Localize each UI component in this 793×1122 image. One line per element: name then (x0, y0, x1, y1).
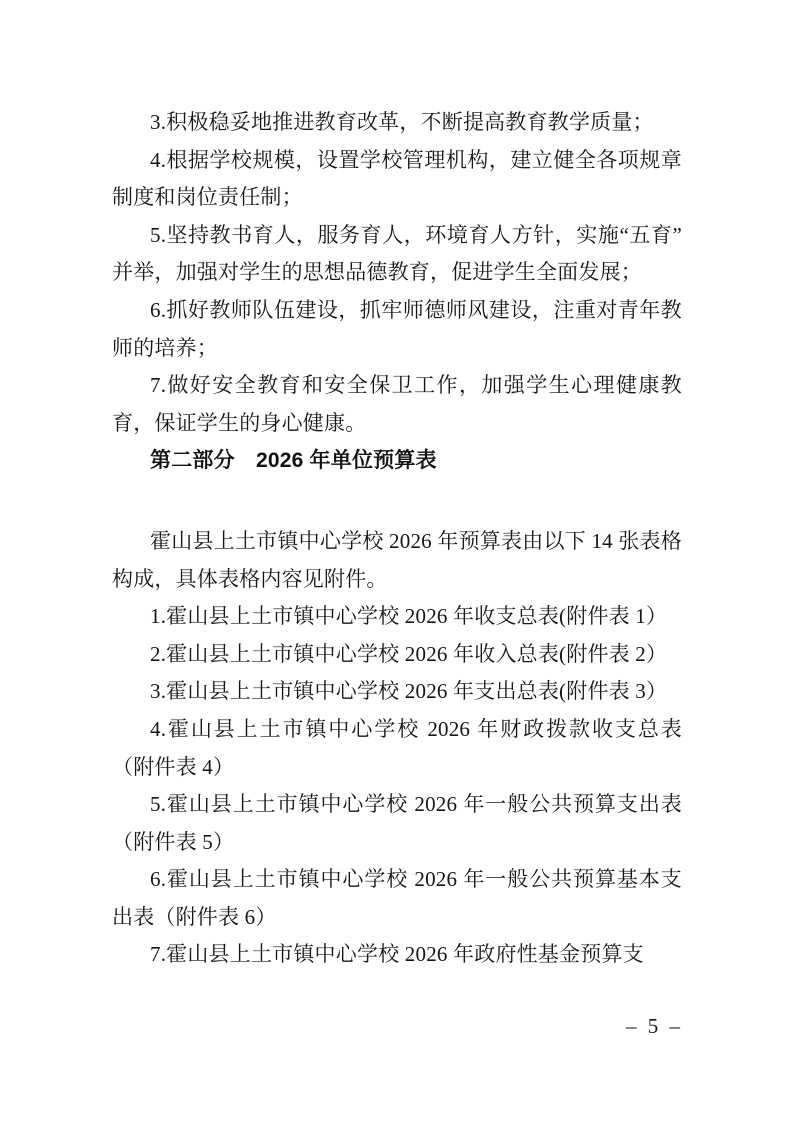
document-body: 3.积极稳妥地推进教育改革，不断提高教育教学质量； 4.根据学校规模，设置学校管… (112, 104, 682, 974)
table-list-item-2: 2.霍山县上土市镇中心学校 2026 年收入总表(附件表 2） (112, 636, 682, 674)
table-list-item-4: 4.霍山县上土市镇中心学校 2026 年财政拨款收支总表（附件表 4） (112, 711, 682, 786)
table-list-item-5: 5.霍山县上土市镇中心学校 2026 年一般公共预算支出表（附件表 5） (112, 786, 682, 861)
objective-paragraph-4: 4.根据学校规模，设置学校管理机构，建立健全各项规章制度和岗位责任制； (112, 142, 682, 217)
objective-paragraph-7: 7.做好安全教育和安全保卫工作，加强学生心理健康教育，保证学生的身心健康。 (112, 367, 682, 442)
intro-paragraph: 霍山县上土市镇中心学校 2026 年预算表由以下 14 张表格构成，具体表格内容… (112, 523, 682, 598)
section-heading: 第二部分 2026 年单位预算表 (112, 442, 682, 480)
table-list-item-3: 3.霍山县上土市镇中心学校 2026 年支出总表(附件表 3） (112, 673, 682, 711)
table-list-item-6: 6.霍山县上土市镇中心学校 2026 年一般公共预算基本支出表（附件表 6） (112, 861, 682, 936)
table-list-item-1: 1.霍山县上土市镇中心学校 2026 年收支总表(附件表 1） (112, 598, 682, 636)
objective-paragraph-6: 6.抓好教师队伍建设，抓牢师德师风建设，注重对青年教师的培养； (112, 292, 682, 367)
objective-paragraph-3: 3.积极稳妥地推进教育改革，不断提高教育教学质量； (112, 104, 682, 142)
page-number: – 5 – (626, 1014, 683, 1038)
document-page: 3.积极稳妥地推进教育改革，不断提高教育教学质量； 4.根据学校规模，设置学校管… (0, 0, 793, 1122)
objective-paragraph-5: 5.坚持教书育人，服务育人，环境育人方针，实施“五育”并举，加强对学生的思想品德… (112, 217, 682, 292)
table-list-item-7: 7.霍山县上土市镇中心学校 2026 年政府性基金预算支 (112, 936, 682, 974)
